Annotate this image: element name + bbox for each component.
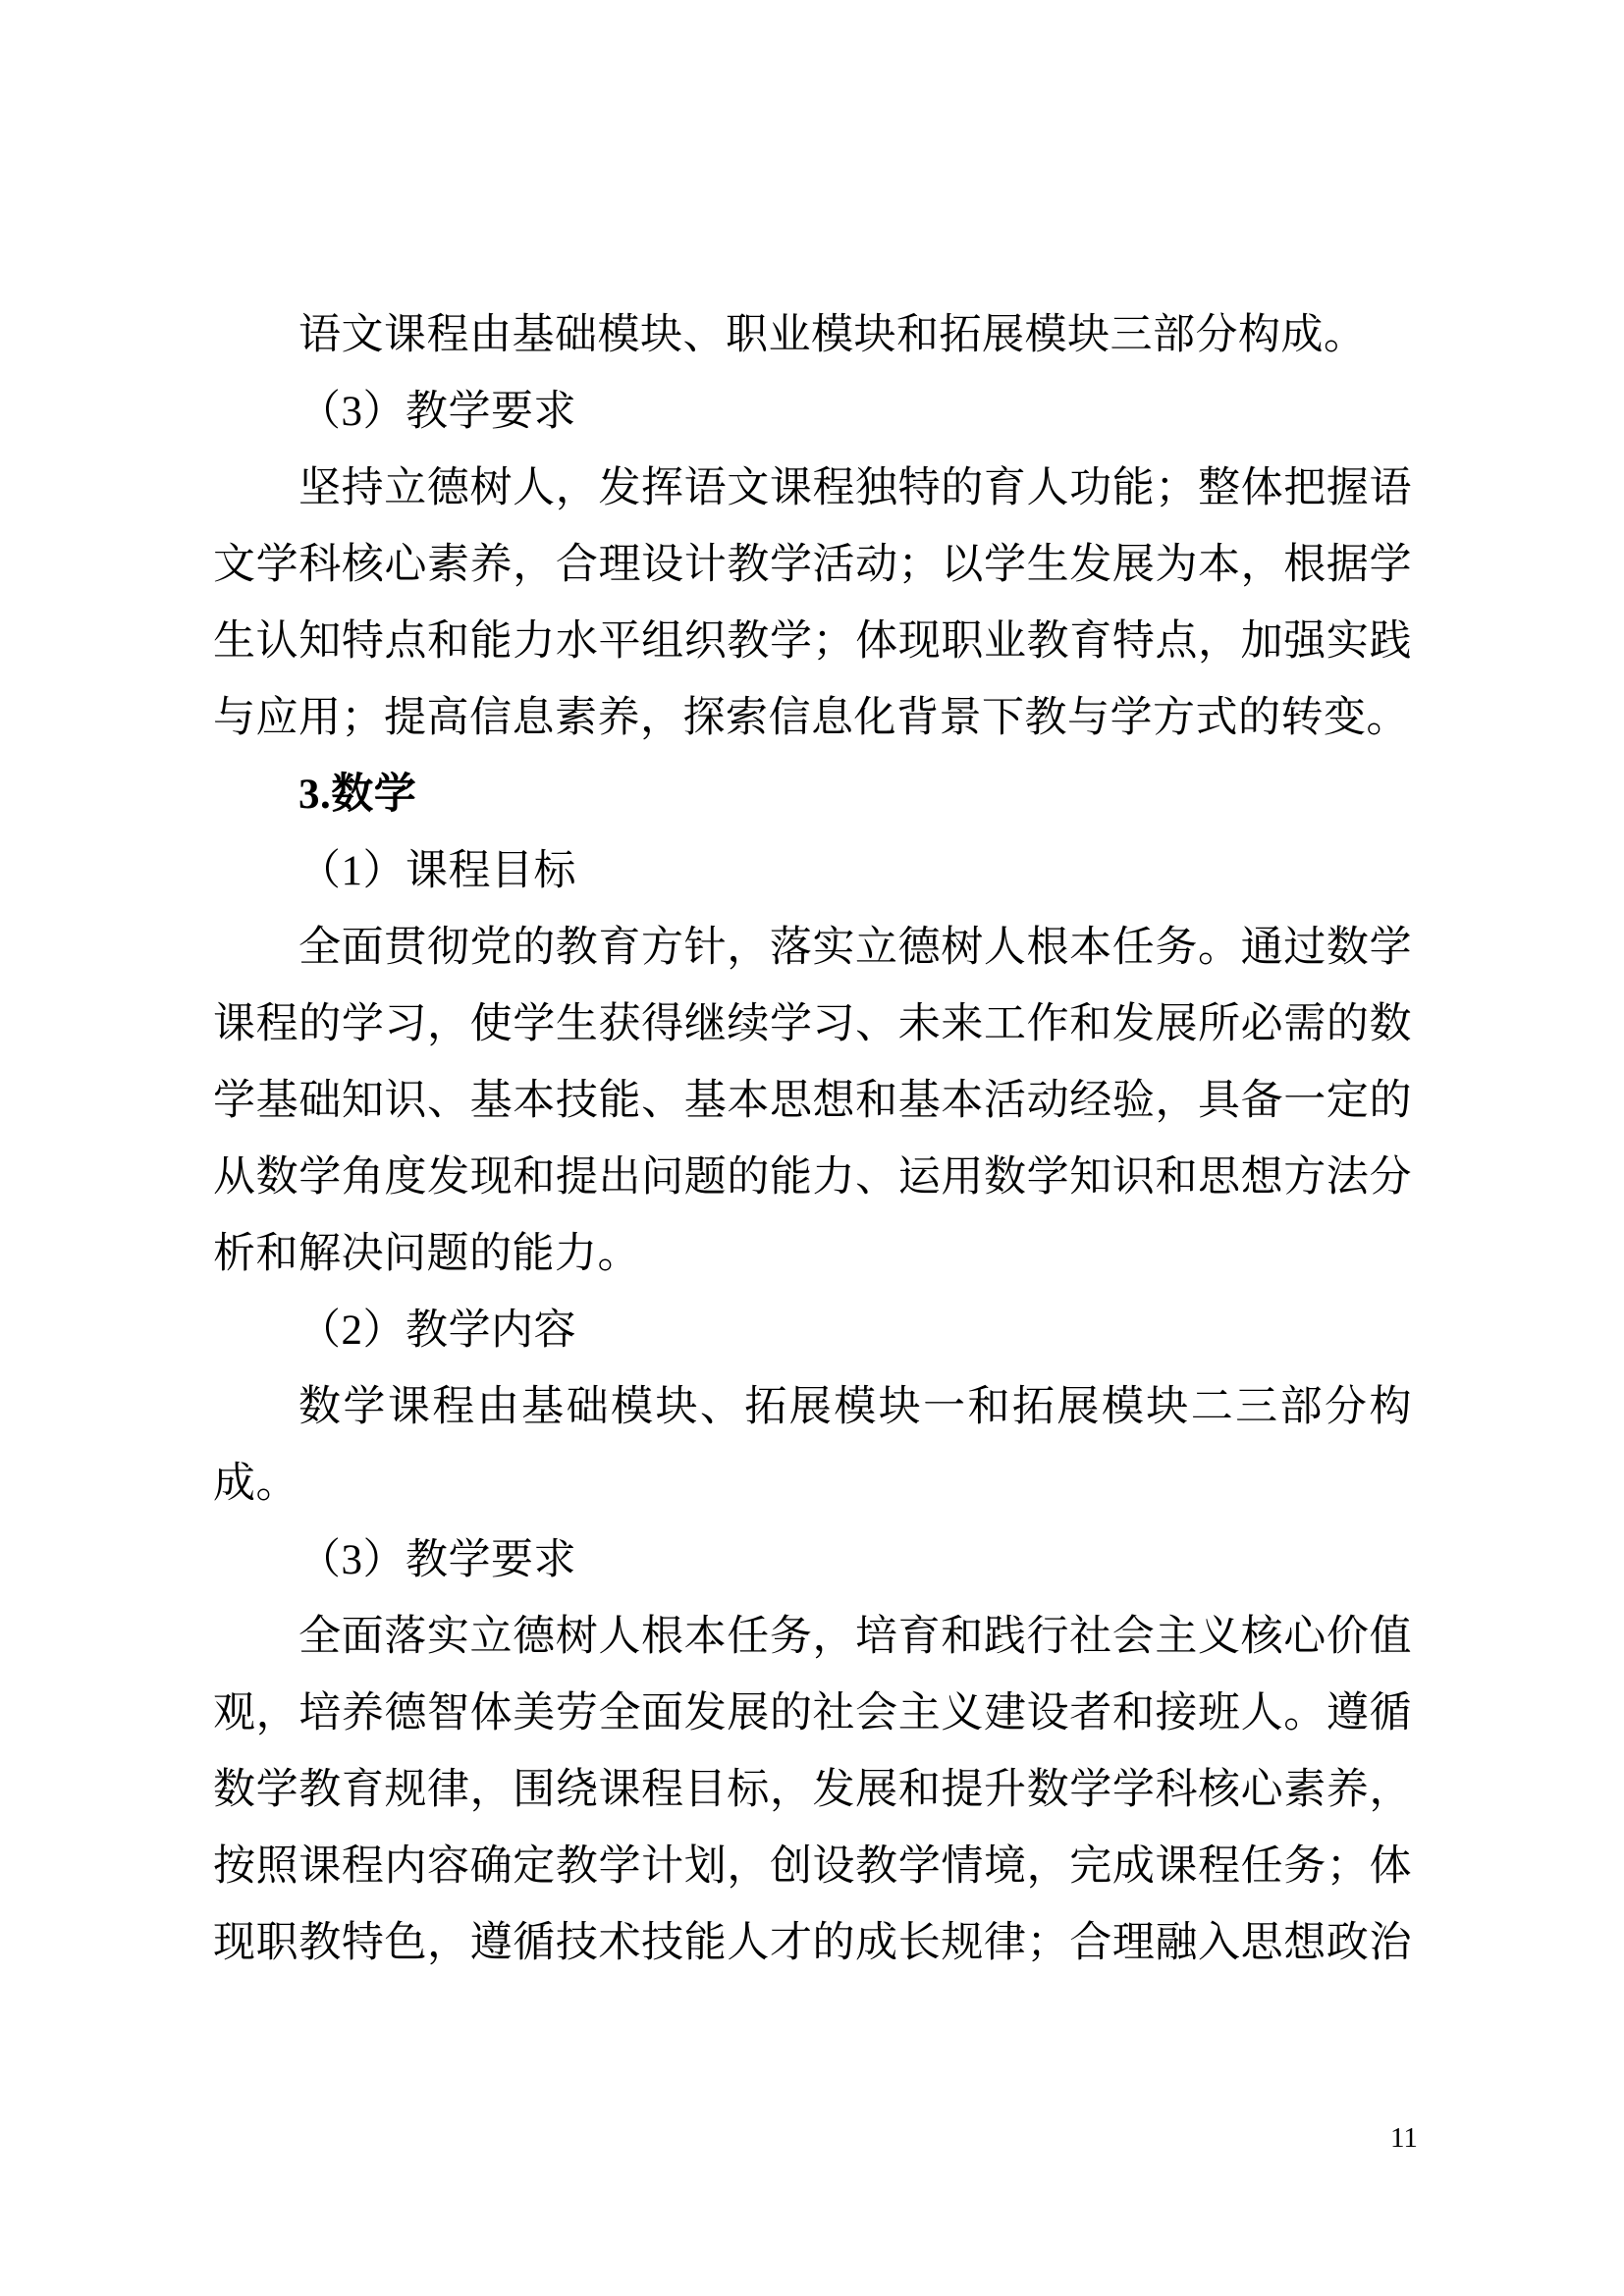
text-line: （2）教学内容: [213, 1293, 1412, 1369]
page-number: 11: [1390, 2116, 1418, 2160]
text-line: 成。: [213, 1446, 1412, 1522]
text-line: （3）教学要求: [213, 1522, 1412, 1599]
document-body: 语文课程由基础模块、职业模块和拓展模块三部分构成。（3）教学要求坚持立德树人，发…: [213, 297, 1412, 1982]
text-line: （1）课程目标: [213, 833, 1412, 910]
text-line: （3）教学要求: [213, 374, 1412, 451]
text-line: 现职教特色，遵循技术技能人才的成长规律；合理融入思想政治: [213, 1905, 1412, 1982]
text-line: 课程的学习，使学生获得继续学习、未来工作和发展所必需的数: [213, 987, 1412, 1063]
text-line: 坚持立德树人，发挥语文课程独特的育人功能；整体把握语: [213, 451, 1412, 527]
text-line: 全面贯彻党的教育方针，落实立德树人根本任务。通过数学: [213, 910, 1412, 987]
text-line: 文学科核心素养，合理设计教学活动；以学生发展为本，根据学: [213, 527, 1412, 604]
text-line: 按照课程内容确定教学计划，创设教学情境，完成课程任务；体: [213, 1829, 1412, 1905]
section-heading: 3.数学: [213, 757, 1412, 833]
text-line: 数学课程由基础模块、拓展模块一和拓展模块二三部分构: [213, 1369, 1412, 1446]
text-line: 语文课程由基础模块、职业模块和拓展模块三部分构成。: [213, 297, 1412, 374]
text-line: 学基础知识、基本技能、基本思想和基本活动经验，具备一定的: [213, 1063, 1412, 1140]
text-line: 析和解决问题的能力。: [213, 1216, 1412, 1293]
text-line: 观，培养德智体美劳全面发展的社会主义建设者和接班人。遵循: [213, 1676, 1412, 1752]
document-page: 语文课程由基础模块、职业模块和拓展模块三部分构成。（3）教学要求坚持立德树人，发…: [0, 0, 1624, 2296]
text-line: 数学教育规律，围绕课程目标，发展和提升数学学科核心素养，: [213, 1752, 1412, 1829]
text-line: 与应用；提高信息素养，探索信息化背景下教与学方式的转变。: [213, 680, 1412, 757]
text-line: 生认知特点和能力水平组织教学；体现职业教育特点，加强实践: [213, 604, 1412, 680]
text-line: 全面落实立德树人根本任务，培育和践行社会主义核心价值: [213, 1599, 1412, 1676]
text-line: 从数学角度发现和提出问题的能力、运用数学知识和思想方法分: [213, 1140, 1412, 1216]
